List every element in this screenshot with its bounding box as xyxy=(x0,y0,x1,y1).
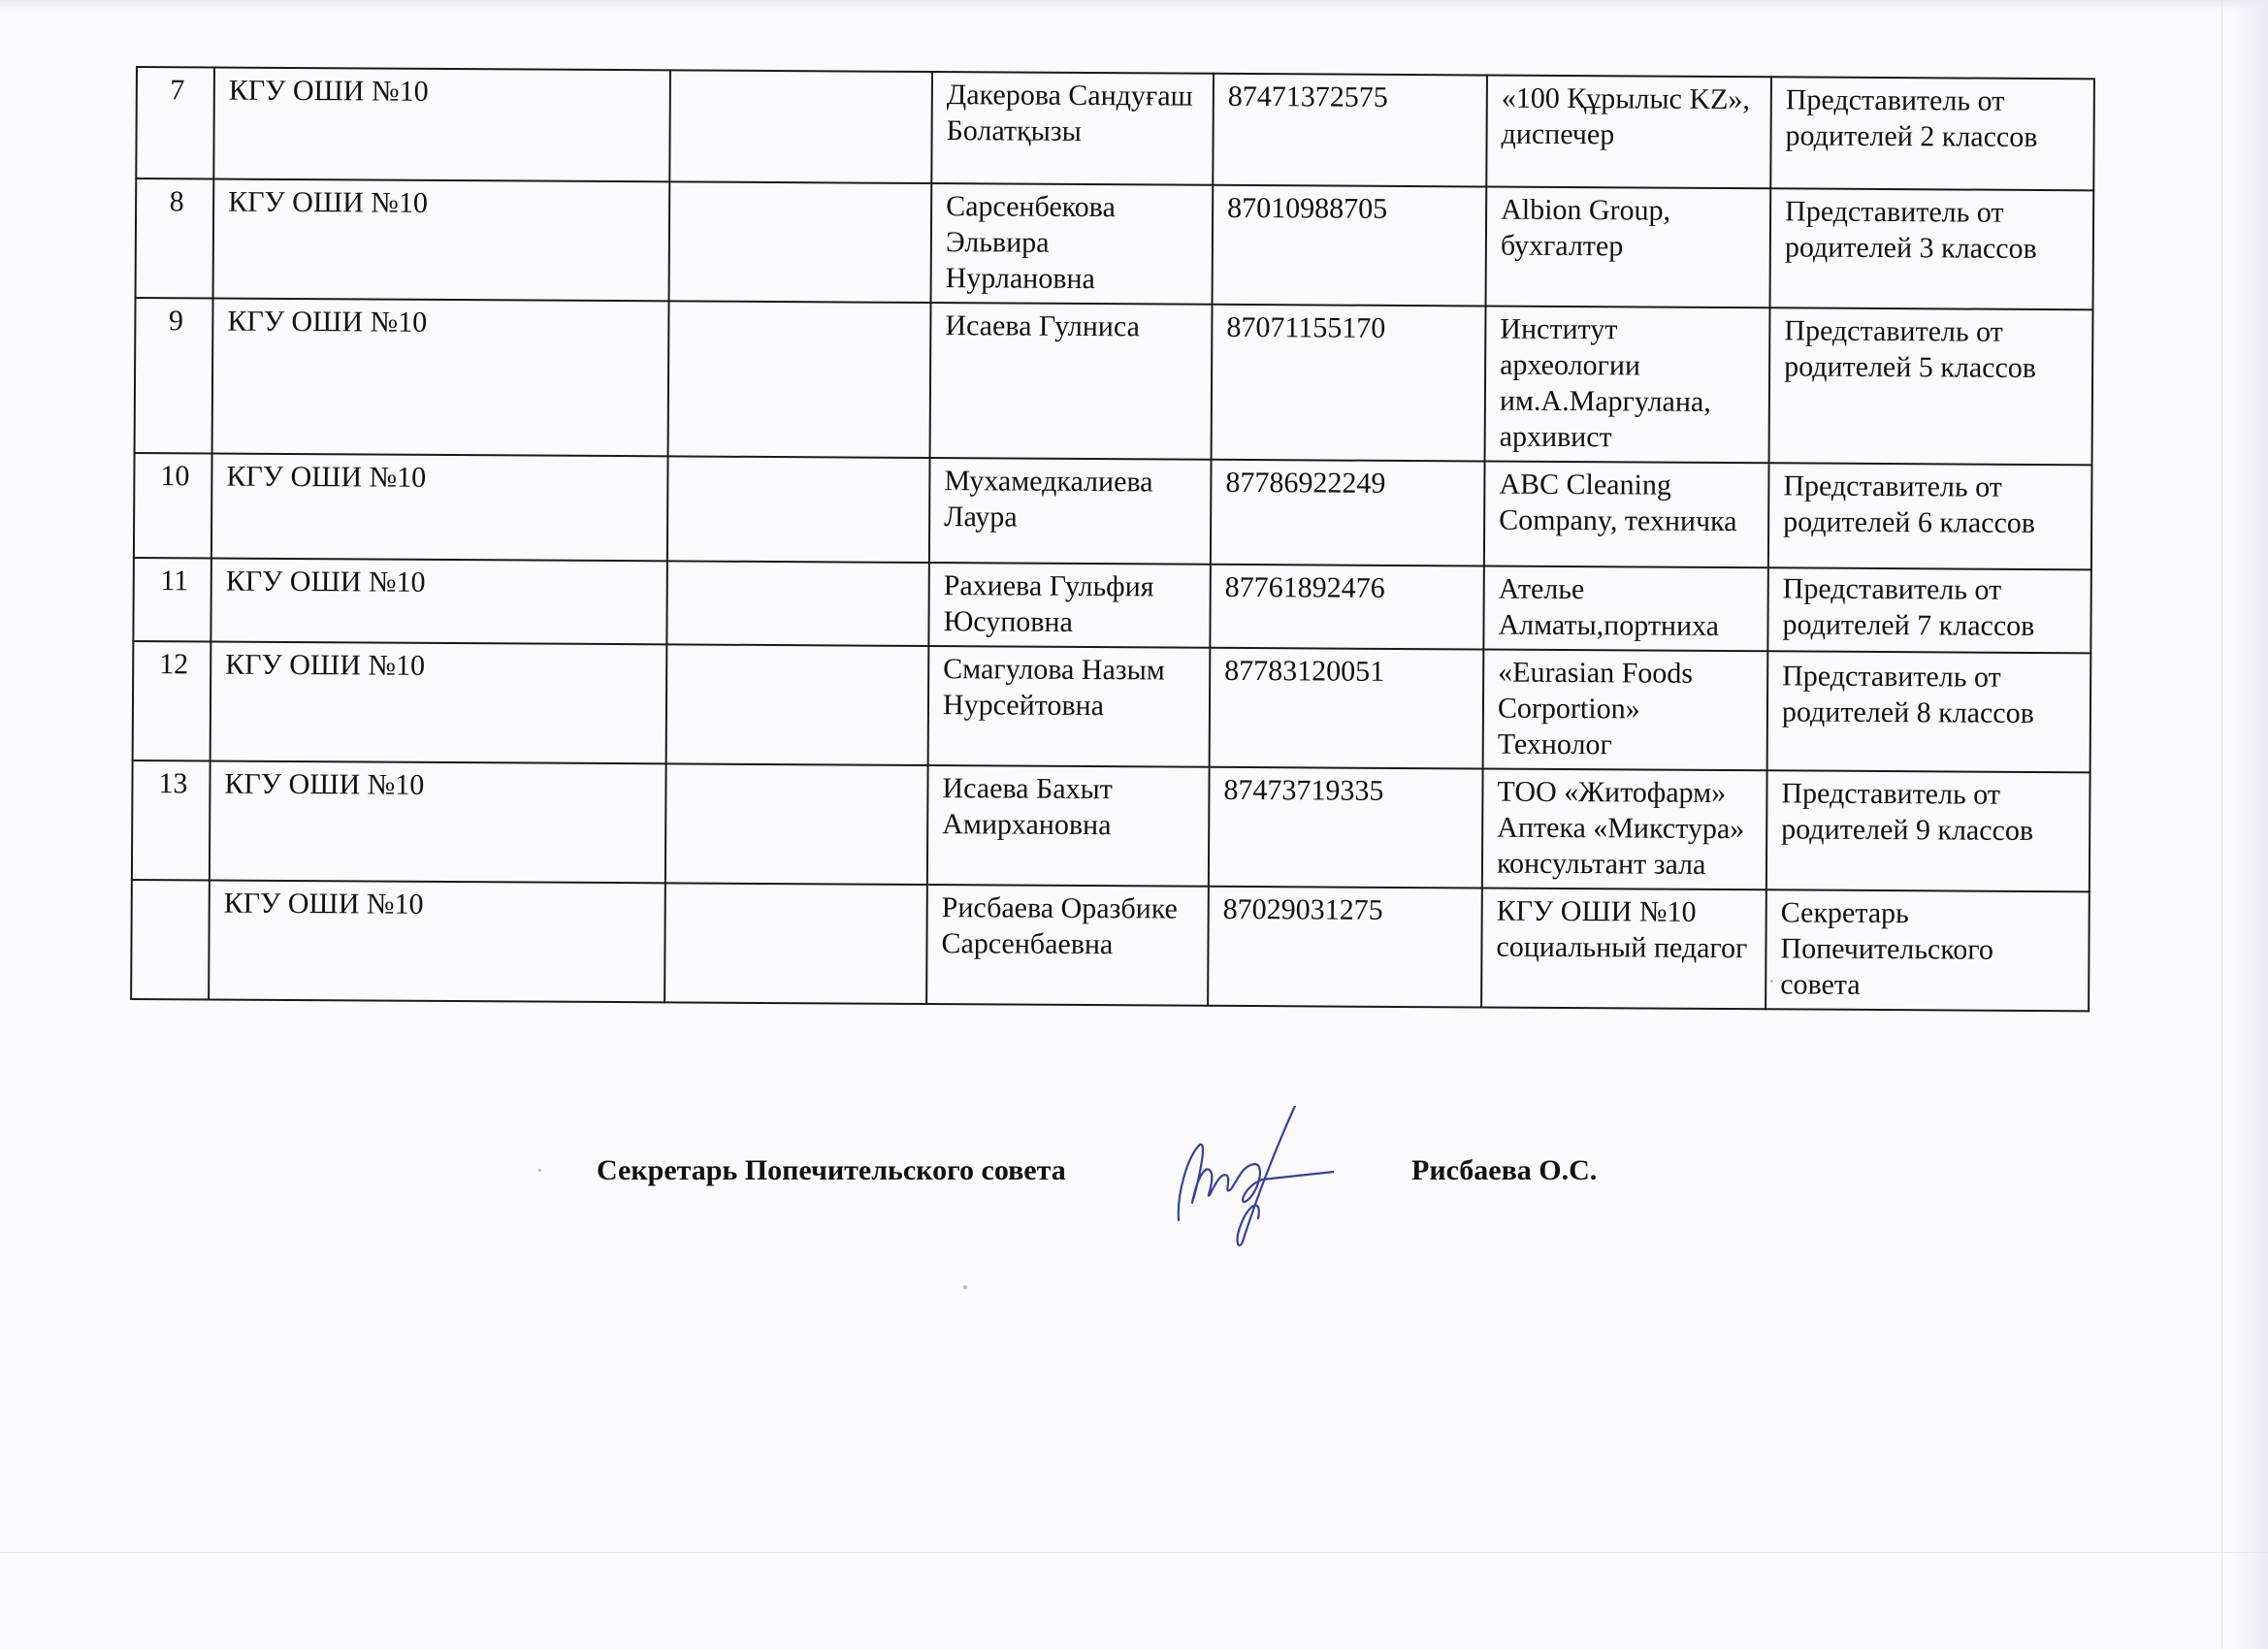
role-cell: Представитель от родителей 7 классов xyxy=(1767,567,2091,653)
signatory-title: Секретарь Попечительского совета xyxy=(597,1154,1066,1187)
table-row: 11 КГУ ОШИ №10 Рахиева Гульфия Юсуповна … xyxy=(133,558,2090,653)
organization-cell: КГУ ОШИ №10 xyxy=(213,178,670,301)
member-name-cell: Рахиева Гульфия Юсуповна xyxy=(928,563,1211,648)
workplace-cell: КГУ ОШИ №10 социальный педагог xyxy=(1481,888,1766,1009)
row-number: 7 xyxy=(136,67,214,178)
page-edge-top xyxy=(0,0,2268,10)
member-name-cell: Исаева Гулниса xyxy=(930,303,1213,460)
phone-cell: 87010988705 xyxy=(1213,185,1487,307)
row-number xyxy=(131,880,210,999)
member-name-cell: Дакерова Сандуғаш Болатқызы xyxy=(931,72,1214,185)
signatory-name: Рисбаева О.С. xyxy=(1411,1154,1597,1187)
workplace-cell: Ателье Алматы,портниха xyxy=(1483,566,1768,651)
phone-cell: 87071155170 xyxy=(1212,305,1486,462)
blank-cell xyxy=(669,70,932,183)
organization-cell: КГУ ОШИ №10 xyxy=(211,641,667,763)
role-cell: Представитель от родителей 6 классов xyxy=(1768,463,2092,569)
table-row: КГУ ОШИ №10 Рисбаева Оразбике Сарсенбаев… xyxy=(131,880,2090,1011)
workplace-cell: Albion Group, бухгалтер xyxy=(1486,187,1771,308)
phone-cell: 87761892476 xyxy=(1210,565,1484,650)
phone-cell: 87473719335 xyxy=(1209,767,1483,889)
member-name-cell: Исаева Бахыт Амирхановна xyxy=(927,765,1210,887)
role-cell: Секретарь Попечительского совета xyxy=(1766,889,2090,1011)
role-cell: Представитель от родителей 9 классов xyxy=(1766,770,2090,891)
role-cell: Представитель от родителей 8 классов xyxy=(1767,651,2091,772)
table-row: 7 КГУ ОШИ №10 Дакерова Сандуғаш Болатқыз… xyxy=(136,67,2094,190)
table-row: 13 КГУ ОШИ №10 Исаева Бахыт Амирхановна … xyxy=(132,760,2090,891)
blank-cell xyxy=(667,456,930,563)
table-row: 9 КГУ ОШИ №10 Исаева Гулниса 87071155170… xyxy=(135,298,2093,465)
organization-cell: КГУ ОШИ №10 xyxy=(211,558,667,644)
role-cell: Представитель от родителей 5 классов xyxy=(1769,307,2093,465)
organization-cell: КГУ ОШИ №10 xyxy=(210,760,666,883)
page-edge-line xyxy=(2221,0,2222,1649)
member-name-cell: Сарсенбекова Эльвира Нурлановна xyxy=(931,183,1214,305)
row-number: 9 xyxy=(135,298,213,453)
row-number: 13 xyxy=(132,760,211,880)
blank-cell xyxy=(666,644,929,765)
member-name-cell: Рисбаева Оразбике Сарсенбаевна xyxy=(926,885,1209,1006)
row-number: 11 xyxy=(133,558,211,641)
table-row: 10 КГУ ОШИ №10 Мухамедкалиева Лаура 8778… xyxy=(134,453,2092,569)
workplace-cell: Институт археологии им.А.Маргулана, архи… xyxy=(1485,307,1770,464)
scan-speck xyxy=(538,1169,541,1172)
organization-cell: КГУ ОШИ №10 xyxy=(211,453,668,561)
page-edge-right xyxy=(2229,0,2268,1649)
row-number: 12 xyxy=(133,641,211,760)
blank-cell xyxy=(668,301,931,458)
table-row: 12 КГУ ОШИ №10 Смагулова Назым Нурсейтов… xyxy=(133,641,2091,772)
row-number: 10 xyxy=(134,453,212,558)
row-number: 8 xyxy=(136,178,214,298)
role-cell: Представитель от родителей 2 классов xyxy=(1770,77,2094,190)
organization-cell: КГУ ОШИ №10 xyxy=(213,67,670,181)
workplace-cell: ТОО «Житофарм» Аптека «Микстура» консуль… xyxy=(1482,768,1767,889)
organization-cell: КГУ ОШИ №10 xyxy=(212,298,669,456)
blank-cell xyxy=(664,883,927,1004)
trustee-council-table: 7 КГУ ОШИ №10 Дакерова Сандуғаш Болатқыз… xyxy=(130,66,2095,1012)
member-name-cell: Смагулова Назым Нурсейтовна xyxy=(928,646,1211,767)
handwritten-signature-icon xyxy=(1150,1106,1334,1251)
workplace-cell: «Eurasian Foods Corportion» Технолог xyxy=(1483,649,1768,770)
blank-cell xyxy=(666,561,929,646)
workplace-cell: «100 Құрылыс KZ», диспечер xyxy=(1486,76,1771,189)
member-name-cell: Мухамедкалиева Лаура xyxy=(929,458,1212,565)
role-cell: Представитель от родителей 3 классов xyxy=(1770,188,2094,309)
phone-cell: 87471372575 xyxy=(1213,74,1487,187)
phone-cell: 87783120051 xyxy=(1210,648,1484,769)
blank-cell xyxy=(665,763,928,885)
page-edge-line xyxy=(0,1552,2268,1553)
phone-cell: 87029031275 xyxy=(1208,887,1482,1008)
workplace-cell: ABC Cleaning Company, техничка xyxy=(1484,462,1769,568)
signature-block: Секретарь Попечительского совета Рисбаев… xyxy=(597,1154,1702,1300)
organization-cell: КГУ ОШИ №10 xyxy=(209,880,665,1002)
table-body: 7 КГУ ОШИ №10 Дакерова Сандуғаш Болатқыз… xyxy=(131,67,2094,1011)
phone-cell: 87786922249 xyxy=(1211,460,1485,566)
table-row: 8 КГУ ОШИ №10 Сарсенбекова Эльвира Нурла… xyxy=(136,178,2094,309)
blank-cell xyxy=(669,181,932,303)
